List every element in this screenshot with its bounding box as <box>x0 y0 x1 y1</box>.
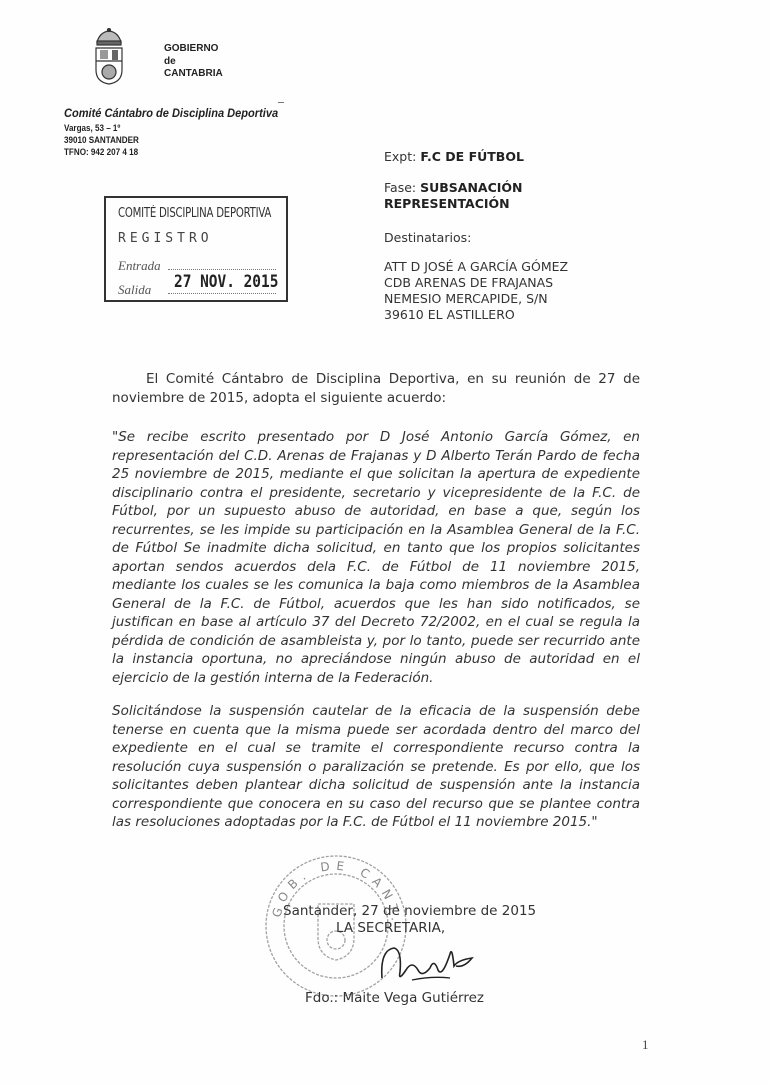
expt-value: F.C DE FÚTBOL <box>420 149 524 164</box>
agreement-quote: "Se recibe escrito presentado por D José… <box>112 428 640 847</box>
stamp-registro: REGISTRO <box>118 231 213 246</box>
recipient-address: ATT D JOSÉ A GARCÍA GÓMEZ CDB ARENAS DE … <box>384 259 568 323</box>
handwritten-signature-icon <box>372 930 492 990</box>
stamp-salida-label: Salida <box>118 282 151 298</box>
expt-label: Expt: <box>384 149 416 164</box>
gov-line-1: GOBIERNO <box>164 43 223 56</box>
recipient-line: CDB ARENAS DE FRAJANAS <box>384 275 568 291</box>
stamp-title: COMITÉ DISCIPLINA DEPORTIVA <box>118 206 271 221</box>
address-street: Vargas, 53 – 1º <box>64 123 139 135</box>
agreement-paragraph-1: "Se recibe escrito presentado por D José… <box>112 428 640 687</box>
organization-address: Vargas, 53 – 1º 39010 SANTANDER TFNO: 94… <box>64 123 139 159</box>
recipient-line: 39610 EL ASTILLERO <box>384 307 568 323</box>
fase-value-2: REPRESENTACIÓN <box>384 196 510 211</box>
signatory-name: Fdo.: Maite Vega Gutiérrez <box>305 990 484 1006</box>
fase-value-1: SUBSANACIÓN <box>420 180 522 195</box>
stamp-salida-line <box>168 293 276 294</box>
fase-label: Fase: <box>384 180 416 195</box>
fase-line: Fase: SUBSANACIÓN REPRESENTACIÓN <box>384 180 523 212</box>
document-page: GOBIERNO de CANTABRIA Comité Cántabro de… <box>0 0 770 1085</box>
mark-divider <box>278 102 284 103</box>
stamp-entrada-line <box>168 269 276 270</box>
page-number: 1 <box>642 1037 649 1053</box>
government-label: GOBIERNO de CANTABRIA <box>164 43 223 81</box>
registry-stamp: COMITÉ DISCIPLINA DEPORTIVA REGISTRO Ent… <box>104 196 288 302</box>
stamp-entrada-label: Entrada <box>118 258 161 274</box>
stamp-salida-date: 27 NOV. 2015 <box>174 272 278 292</box>
address-phone: TFNO: 942 207 4 18 <box>64 147 139 159</box>
destinatarios-label: Destinatarios: <box>384 230 471 245</box>
gov-line-2: de <box>164 56 223 69</box>
expediente-line: Expt: F.C DE FÚTBOL <box>384 149 524 164</box>
recipient-line: ATT D JOSÉ A GARCÍA GÓMEZ <box>384 259 568 275</box>
address-city: 39010 SANTANDER <box>64 135 139 147</box>
intro-paragraph: El Comité Cántabro de Disciplina Deporti… <box>112 370 640 407</box>
organization-name: Comité Cántabro de Disciplina Deportiva <box>64 106 278 120</box>
recipient-line: NEMESIO MERCAPIDE, S/N <box>384 291 568 307</box>
coat-of-arms-icon <box>92 28 126 86</box>
gov-line-3: CANTABRIA <box>164 68 223 81</box>
signature-place-date: Santander, 27 de noviembre de 2015 <box>283 903 536 919</box>
agreement-paragraph-2: Solicitándose la suspensión cautelar de … <box>112 702 640 832</box>
